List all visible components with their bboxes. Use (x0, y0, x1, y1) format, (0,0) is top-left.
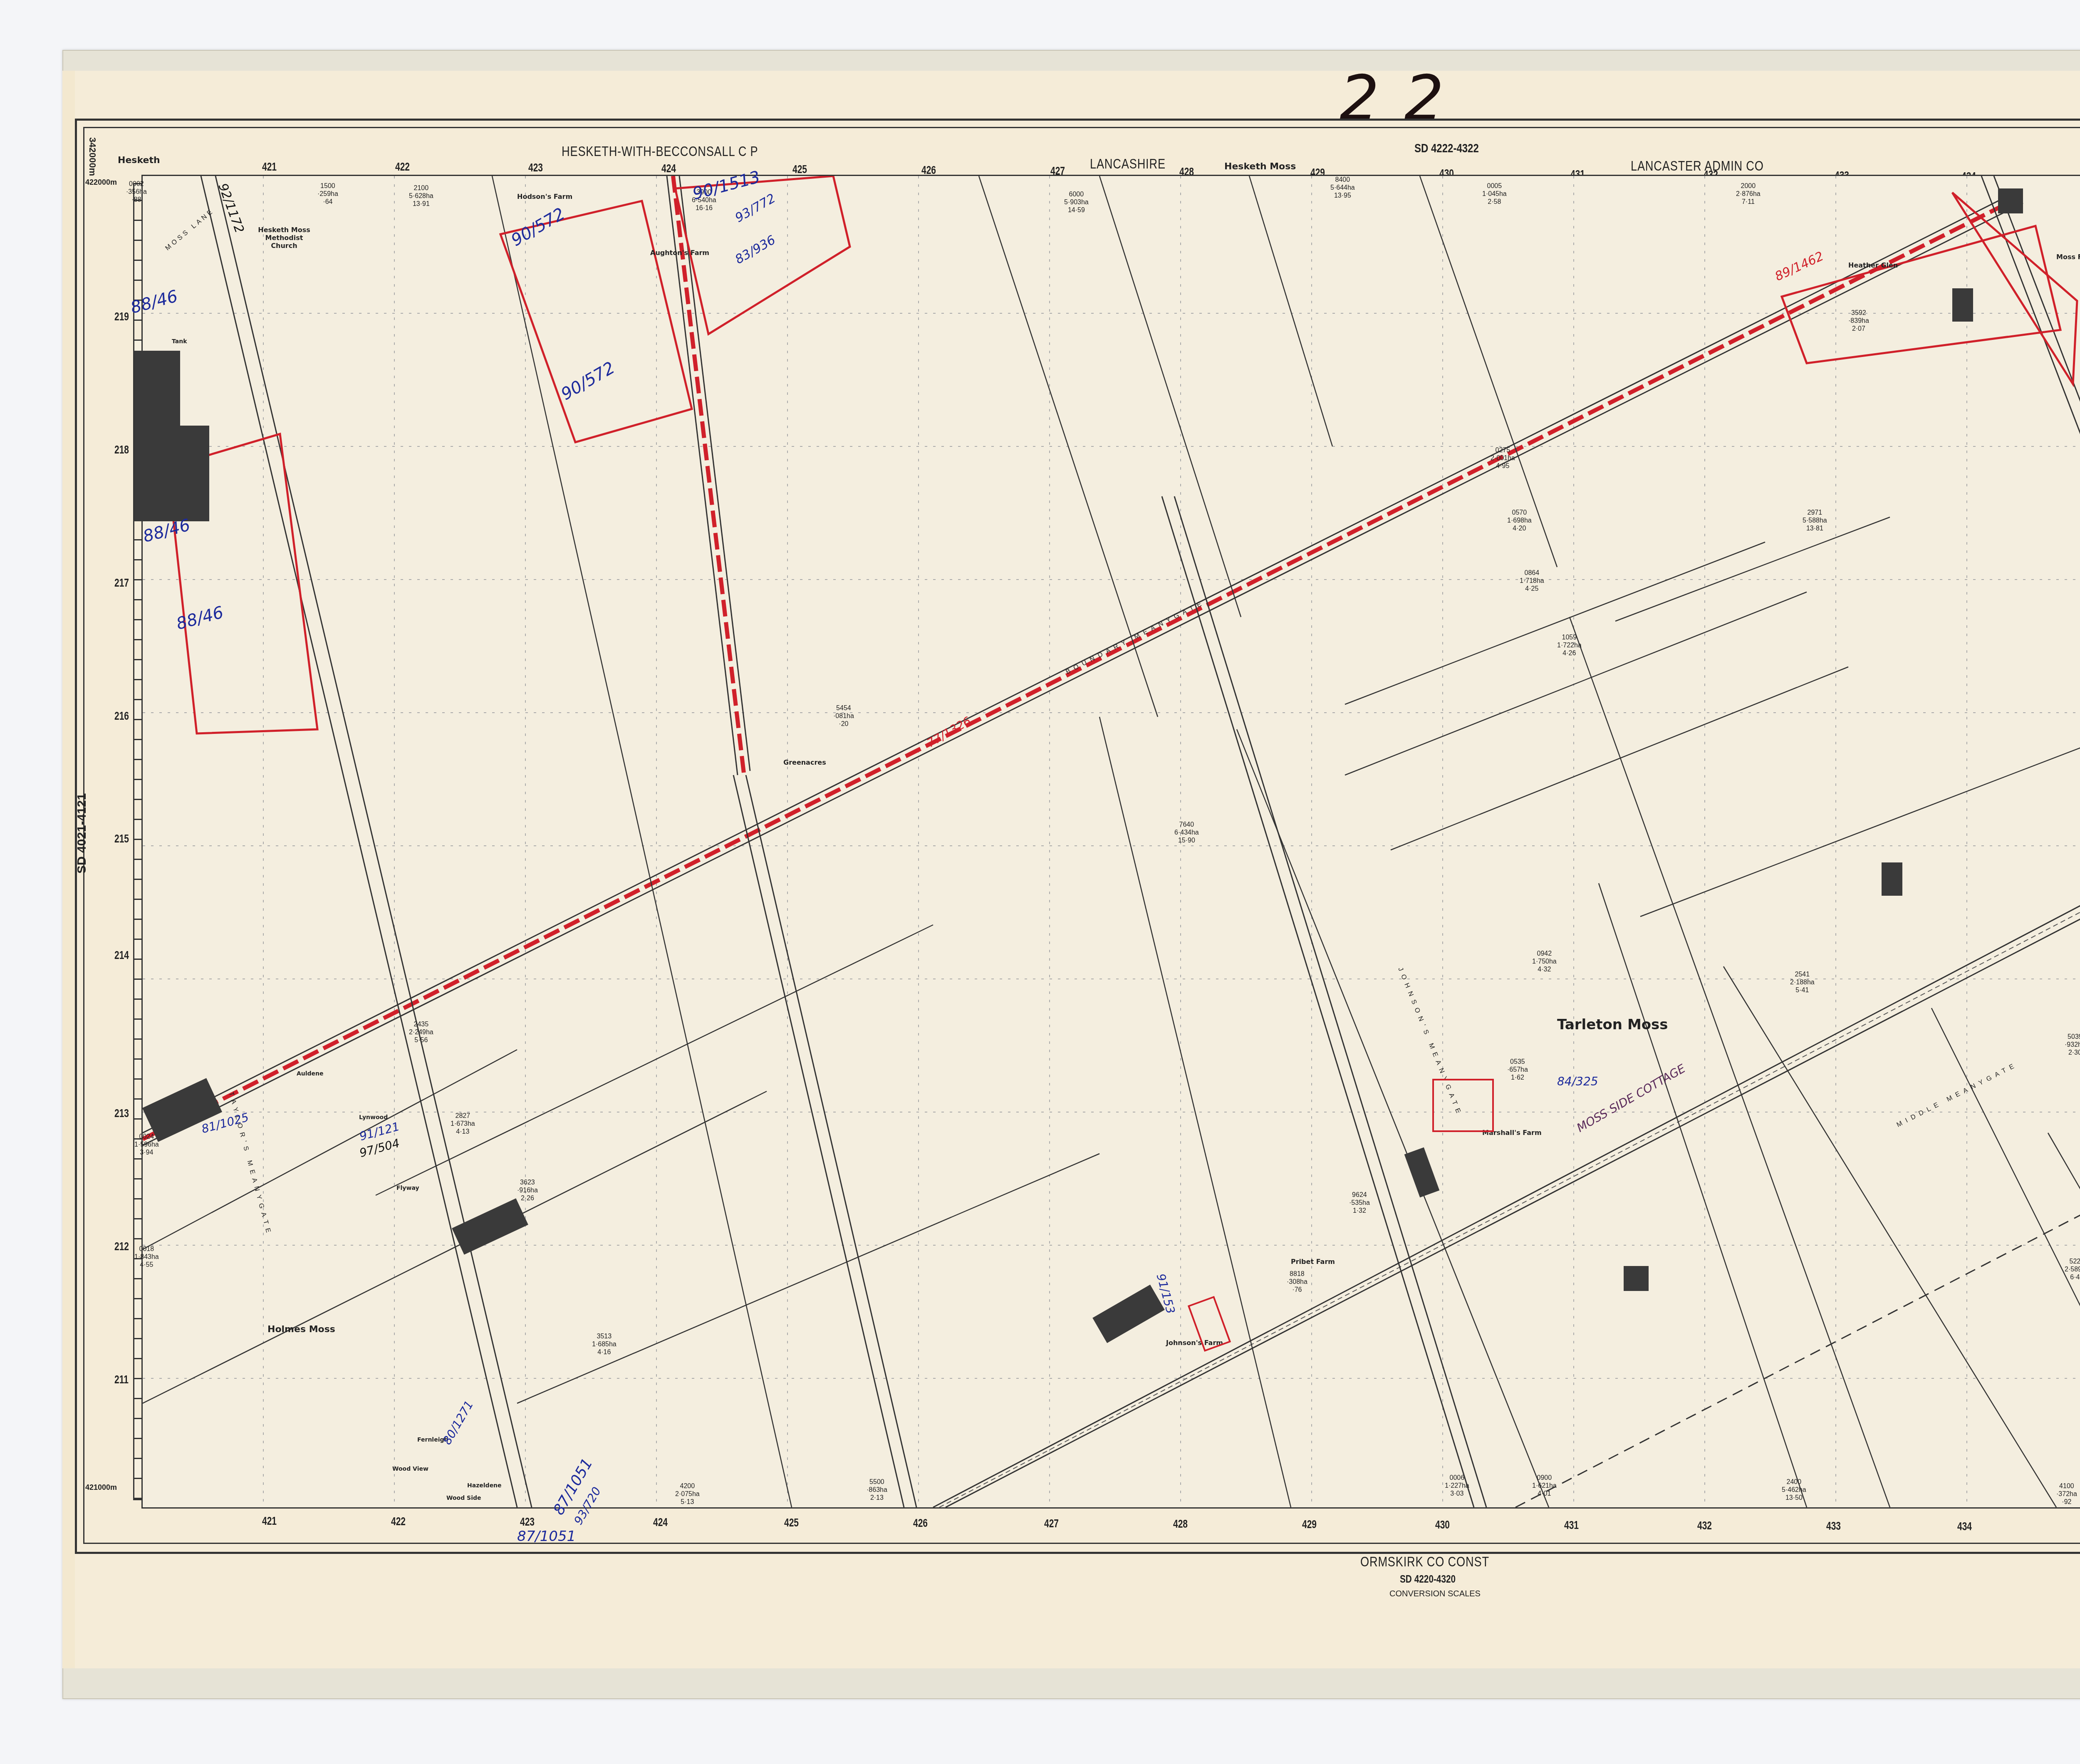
easting-label: 425 (792, 163, 807, 176)
parcel-label: 5500·863ha2·13 (867, 1478, 887, 1502)
easting-label: 423 (528, 161, 543, 174)
easting-label: 423 (520, 1515, 535, 1529)
easting-label: 430 (1435, 1518, 1450, 1531)
parcel-label: 0002·356ha·88 (126, 180, 147, 204)
boundary-box (1432, 1079, 1494, 1132)
parcel-label: 0535·657ha1·62 (1507, 1058, 1528, 1082)
parcel-label: 24352·249ha5·56 (409, 1021, 433, 1044)
northing-label: 216 (114, 709, 129, 723)
place-pribet-farm: Pribet Farm (1291, 1258, 1335, 1266)
admin-label-hesketh-cp: HESKETH-WITH-BECCONSALL C P (562, 144, 758, 160)
admin-label-lancaster: LANCASTER ADMIN CO (1631, 158, 1764, 174)
place-hesketh: Hesketh (118, 155, 160, 166)
easting-label: 424 (653, 1516, 668, 1529)
parcel-label: 60005·903ha14·59 (1064, 191, 1089, 214)
parcel-label: 76406·434ha15·90 (1174, 821, 1199, 845)
place-auldene: Auldene (297, 1070, 324, 1077)
place-lynwood: Lynwood (359, 1114, 388, 1121)
parcel-label: 1500·259ha·64 (317, 182, 338, 206)
conversion-scales-label: CONVERSION SCALES (1389, 1589, 1481, 1599)
place-hesketh-moss: Hesketh Moss (1224, 161, 1296, 172)
parcel-label: 10591·722ha4·26 (1557, 634, 1582, 657)
admin-label-ormskirk: ORMSKIRK CO CONST (1360, 1554, 1489, 1570)
northing-label: 218 (114, 443, 129, 456)
parcel-label: 00061·227ha3·03 (1445, 1474, 1469, 1498)
parcel-label: 3592·839ha2·07 (1848, 309, 1869, 333)
place-tank: Tank (172, 338, 187, 345)
easting-label: 422 (391, 1515, 406, 1528)
easting-label: 428 (1173, 1517, 1188, 1531)
parcel-label: 9624·535ha1·32 (1349, 1191, 1370, 1215)
building (134, 426, 209, 521)
parcel-label: 24005·462ha13·50 (1782, 1478, 1806, 1502)
easting-label: 424 (661, 162, 676, 175)
parcel-label: 42002·075ha5·13 (675, 1482, 700, 1506)
left-adjacent-sheet-ref: SD 4021-4121 (75, 793, 89, 874)
northing-label: 213 (114, 1107, 129, 1120)
easting-label: 426 (913, 1516, 928, 1530)
parcel-label: 8818·308ha·76 (1287, 1270, 1307, 1294)
place-tarleton-moss: Tarleton Moss (1557, 1016, 1668, 1033)
building (1998, 188, 2023, 213)
parcel-label: 09001·621ha4·01 (1532, 1474, 1557, 1498)
parcel-label: 00181·843ha4·55 (134, 1245, 159, 1269)
parcel-label: 00051·045ha2·58 (1482, 182, 1507, 206)
parcel-label: 02752·001ha4·95 (1491, 446, 1515, 470)
sw-northing-label: 421000m (85, 1483, 117, 1492)
northing-label: 212 (114, 1240, 129, 1253)
parcel-label: 52212·589ha6·40 (2065, 1258, 2080, 1281)
northing-label: 214 (114, 949, 129, 962)
parcel-label: 08641·718ha4·25 (1520, 569, 1544, 593)
building (1952, 288, 1973, 322)
northing-label: 219 (114, 310, 129, 323)
place-moss-farm: Moss Farm (2056, 253, 2080, 261)
northing-label: 215 (114, 832, 129, 845)
nw-northing-label: 422000m (85, 178, 117, 187)
parcel-label: 84005·644ha13·95 (1330, 176, 1355, 200)
northing-label: 211 (114, 1373, 129, 1386)
parcel-label: 25412·188ha5·41 (1790, 971, 1815, 994)
parcel-label: 3623·916ha2·26 (517, 1179, 538, 1202)
place-hesketh-moss-church: Hesketh Moss Methodist Church (255, 226, 313, 250)
building (1624, 1266, 1649, 1291)
parcel-label: 35131·685ha4·16 (592, 1333, 617, 1356)
easting-label: 425 (784, 1516, 799, 1529)
easting-label: 422 (395, 160, 410, 173)
easting-label: 432 (1697, 1519, 1712, 1532)
northing-label: 217 (114, 576, 129, 590)
easting-label: 421 (262, 1514, 277, 1528)
map-area[interactable]: Hesketh Hesketh Moss Tarleton Moss Holme… (141, 175, 2080, 1509)
place-wood-side: Wood Side (446, 1495, 481, 1501)
building (1882, 862, 1902, 896)
planning-ref-annotation: 87/1051 (517, 1528, 576, 1545)
place-flyway: Flyway (396, 1185, 419, 1192)
place-hodsons-farm: Hodson's Farm (517, 193, 572, 201)
place-hazeldene: Hazeldene (467, 1482, 502, 1489)
easting-label: 434 (1957, 1520, 1972, 1533)
parcel-label: 00241·596ha3·94 (134, 1133, 159, 1157)
parcel-label: 5039·932ha2·30 (2065, 1033, 2080, 1057)
easting-label: 433 (1826, 1519, 1841, 1533)
parcel-label: 4100·372ha·92 (2056, 1482, 2077, 1506)
place-wood-view: Wood View (392, 1466, 428, 1472)
parcel-label: 20002·876ha7·11 (1736, 182, 1761, 206)
easting-label: 427 (1044, 1517, 1059, 1530)
place-heather-glen: Heather Glen (1848, 261, 1898, 269)
top-adjacent-sheet-ref: SD 4222-4322 (1414, 141, 1479, 156)
place-greenacres: Greenacres (783, 758, 826, 766)
parcel-label: 05701·698ha4·20 (1507, 509, 1532, 533)
parcel-label: 5454·081ha·20 (833, 704, 854, 728)
easting-label: 431 (1564, 1519, 1579, 1532)
place-holmes-moss: Holmes Moss (267, 1324, 335, 1335)
planning-ref-annotation: 84/325 (1557, 1075, 1598, 1088)
easting-label: 429 (1302, 1518, 1317, 1531)
bottom-adjacent-sheet-ref: SD 4220-4320 (1400, 1573, 1456, 1586)
parcel-label: 21005·628ha13·91 (409, 184, 433, 208)
easting-label: 421 (262, 160, 277, 173)
parcel-label: 29715·588ha13·81 (1803, 509, 1827, 533)
nw-easting-label: 342000m (87, 137, 98, 176)
place-aughtons-farm: Aughton's Farm (650, 249, 709, 257)
admin-label-lancashire: LANCASHIRE (1090, 156, 1166, 172)
parcel-label: 09421·750ha4·32 (1532, 950, 1557, 974)
parcel-label: 28271·673ha4·13 (451, 1112, 475, 1136)
